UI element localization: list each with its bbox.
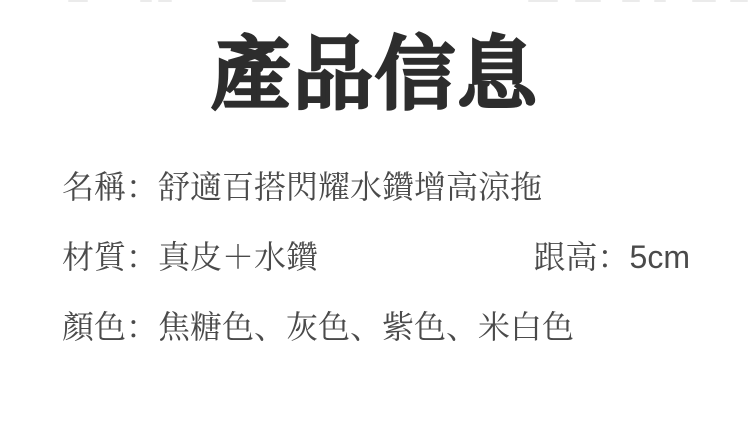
edge-artifact-mark: [622, 0, 640, 2]
edge-artifact-mark: [528, 0, 558, 2]
spec-value-material: 真皮＋水鑽: [158, 239, 318, 275]
edge-artifact-mark: [252, 0, 286, 2]
spec-material: 材質：真皮＋水鑽: [62, 236, 318, 278]
spec-label-material: 材質：: [62, 239, 158, 275]
spec-value-color: 焦糖色、灰色、紫色、米白色: [158, 309, 574, 345]
edge-artifact-mark: [158, 0, 172, 2]
spec-value-name: 舒適百搭閃耀水鑽增高涼拖: [158, 169, 542, 205]
product-info-page: 產品信息 名稱：舒適百搭閃耀水鑽增高涼拖 材質：真皮＋水鑽 跟高：5cm 顏色：…: [0, 0, 750, 434]
spec-heel-height: 跟高：5cm: [534, 236, 690, 278]
edge-artifact-mark: [140, 0, 152, 2]
spec-list: 名稱：舒適百搭閃耀水鑽增高涼拖 材質：真皮＋水鑽 跟高：5cm 顏色：焦糖色、灰…: [62, 166, 690, 376]
spec-label-heel: 跟高：: [534, 239, 630, 275]
spec-label-name: 名稱：: [62, 169, 158, 205]
edge-artifact-mark: [68, 0, 88, 2]
top-edge-artifacts: [0, 0, 750, 3]
spec-label-color: 顏色：: [62, 309, 158, 345]
edge-artifact-mark: [575, 0, 601, 2]
spec-row-color: 顏色：焦糖色、灰色、紫色、米白色: [62, 306, 690, 348]
spec-row-name: 名稱：舒適百搭閃耀水鑽增高涼拖: [62, 166, 690, 208]
edge-artifact-mark: [692, 0, 716, 2]
page-title: 產品信息: [0, 22, 750, 128]
spec-value-heel: 5cm: [630, 239, 690, 275]
edge-artifact-mark: [654, 0, 666, 2]
edge-artifact-mark: [730, 0, 748, 2]
spec-row-material: 材質：真皮＋水鑽 跟高：5cm: [62, 236, 690, 278]
